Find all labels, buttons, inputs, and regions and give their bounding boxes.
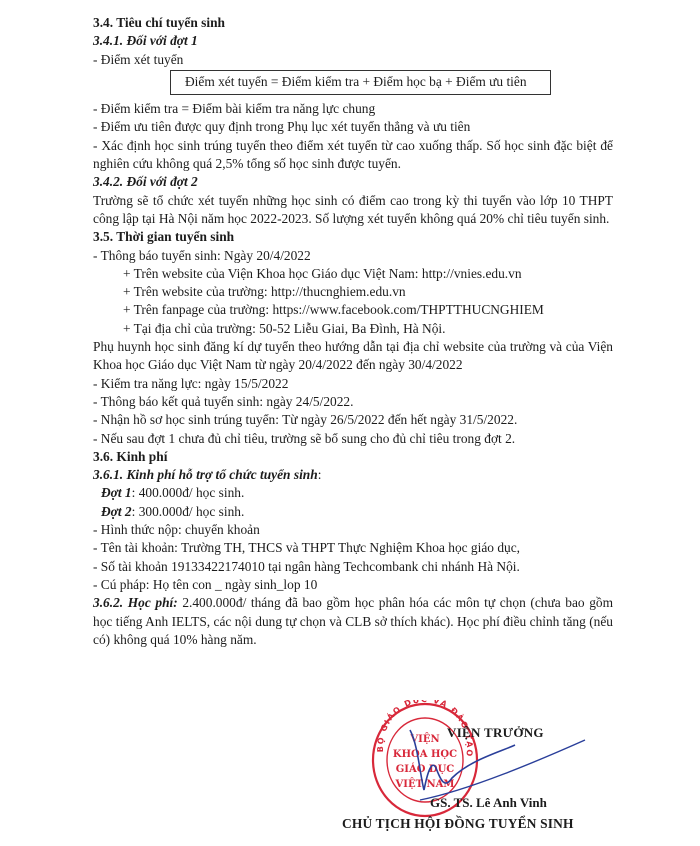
fee-round2-value: : 300.000đ/ học sinh. bbox=[132, 504, 245, 519]
svg-text:GIÁO DỤC: GIÁO DỤC bbox=[396, 763, 455, 775]
fee-round2: Đợt 2: 300.000đ/ học sinh. bbox=[93, 503, 613, 521]
score-label: - Điểm xét tuyển bbox=[93, 51, 613, 69]
svg-text:VIỆN: VIỆN bbox=[409, 733, 439, 745]
schedule-documents: - Nhận hồ sơ học sinh trúng tuyển: Từ ng… bbox=[93, 411, 613, 429]
schedule-test: - Kiểm tra năng lực: ngày 15/5/2022 bbox=[93, 375, 613, 393]
tuition-paragraph: 3.6.2. Học phí: 2.400.000đ/ tháng đã bao… bbox=[93, 594, 613, 649]
subheading-3-4-2: 3.4.2. Đối với đợt 2 bbox=[93, 173, 613, 191]
signatory-role: CHỦ TỊCH HỘI ĐỒNG TUYỂN SINH bbox=[342, 816, 574, 832]
register-text: Phụ huynh học sinh đăng kí dự tuyển theo… bbox=[93, 338, 613, 375]
fee-round1-label: Đợt 1 bbox=[101, 485, 132, 500]
tuition-label: 3.6.2. Học phí: bbox=[93, 595, 178, 610]
channel-fanpage: + Trên fanpage của trường: https://www.f… bbox=[93, 301, 613, 319]
svg-text:VIỆT NAM: VIỆT NAM bbox=[395, 778, 455, 790]
signatory-title: VIỆN TRƯỞNG bbox=[447, 725, 544, 741]
fee-round1-value: : 400.000đ/ học sinh. bbox=[132, 485, 245, 500]
fee-round1: Đợt 1: 400.000đ/ học sinh. bbox=[93, 484, 613, 502]
document-page: 3.4. Tiêu chí tuyển sinh 3.4.1. Đối với … bbox=[93, 14, 613, 649]
subheading-3-6-1-text: 3.6.1. Kinh phí hỗ trợ tổ chức tuyển sin… bbox=[93, 467, 318, 482]
payment-method: - Hình thức nộp: chuyển khoản bbox=[93, 521, 613, 539]
transfer-syntax: - Cú pháp: Họ tên con _ ngày sinh_lop 10 bbox=[93, 576, 613, 594]
section-heading-3-5: 3.5. Thời gian tuyển sinh bbox=[93, 228, 613, 246]
section-heading-3-4: 3.4. Tiêu chí tuyển sinh bbox=[93, 14, 613, 32]
fee-round2-label: Đợt 2 bbox=[101, 504, 132, 519]
svg-text:KHOA HỌC: KHOA HỌC bbox=[393, 749, 457, 760]
bullet-priority-score: - Điểm ưu tiên được quy định trong Phụ l… bbox=[93, 118, 613, 136]
bullet-selection: - Xác định học sinh trúng tuyển theo điể… bbox=[93, 137, 613, 174]
account-name: - Tên tài khoản: Trường TH, THCS và THPT… bbox=[93, 539, 613, 557]
schedule-results: - Thông báo kết quả tuyển sinh: ngày 24/… bbox=[93, 393, 613, 411]
formula-box: Điểm xét tuyển = Điểm kiểm tra + Điểm họ… bbox=[170, 70, 551, 95]
channel-vnies: + Trên website của Viện Khoa học Giáo dụ… bbox=[93, 265, 613, 283]
channel-address: + Tại địa chỉ của trường: 50-52 Liễu Gia… bbox=[93, 320, 613, 338]
subheading-3-4-1: 3.4.1. Đối với đợt 1 bbox=[93, 32, 613, 50]
subheading-3-6-1: 3.6.1. Kinh phí hỗ trợ tổ chức tuyển sin… bbox=[93, 466, 613, 484]
schedule-round2: - Nếu sau đợt 1 chưa đủ chỉ tiêu, trường… bbox=[93, 430, 613, 448]
signatory-name: GS. TS. Lê Anh Vinh bbox=[430, 795, 547, 811]
round2-text: Trường sẽ tổ chức xét tuyển những học si… bbox=[93, 192, 613, 229]
section-heading-3-6: 3.6. Kinh phí bbox=[93, 448, 613, 466]
announce-date: - Thông báo tuyển sinh: Ngày 20/4/2022 bbox=[93, 247, 613, 265]
channel-school-website: + Trên website của trường: http://thucng… bbox=[93, 283, 613, 301]
bullet-test-score: - Điểm kiểm tra = Điểm bài kiểm tra năng… bbox=[93, 100, 613, 118]
account-number: - Số tài khoản 19133422174010 tại ngân h… bbox=[93, 558, 613, 576]
